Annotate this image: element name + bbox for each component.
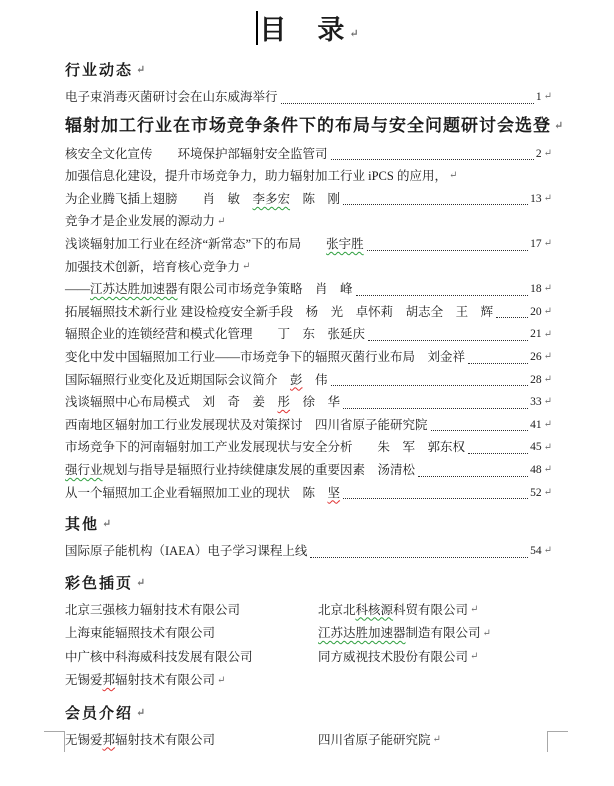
section: 行业动态↵电子束消毒灭菌研讨会在山东威海举行1↵	[65, 59, 552, 109]
paragraph-mark-icon: ↵	[217, 217, 225, 227]
toc-entry: 核安全文化宣传 环境保护部辐射安全监管司2↵	[65, 143, 552, 166]
section-heading-text: 其他	[65, 517, 99, 533]
paragraph-mark-icon: ↵	[433, 735, 441, 745]
toc-entry: 国际原子能机构（IAEA）电子学习课程上线54↵	[65, 540, 552, 563]
entry-text-run: 国际原子能机构（IAEA）电子学习课程上线	[65, 540, 307, 563]
entry-text-run: 辐射技术有限公司	[115, 669, 215, 693]
company-row: 无锡爱邦辐射技术有限公司↵	[65, 669, 552, 693]
paragraph-mark-icon: ↵	[349, 28, 360, 40]
page-number: 45	[530, 436, 542, 459]
entry-text-run: 辐射技术有限公司	[115, 729, 215, 753]
dot-leader	[310, 557, 528, 558]
page-number: 54	[530, 540, 542, 563]
paragraph-mark-icon: ↵	[544, 375, 552, 385]
entry-text-run: 北京北	[318, 599, 356, 623]
entry-text-run: 上海束能辐照技术有限公司	[65, 622, 215, 646]
toc-entry: 浅谈辐照中心布局模式 刘 奇 姜 彤 徐 华33↵	[65, 391, 552, 414]
section: 会员介绍↵无锡爱邦辐射技术有限公司四川省原子能研究院↵	[65, 702, 552, 753]
entry-text-run: 制造有限公司	[406, 622, 481, 646]
entry-text-run: 张宇胜	[326, 233, 364, 256]
toc-entry: 浅谈辐射加工行业在经济“新常态”下的布局 张宇胜17↵	[65, 233, 552, 256]
company-row: 上海束能辐照技术有限公司江苏达胜加速器制造有限公司↵	[65, 622, 552, 646]
entry-text-run: 从一个辐照加工企业看辐照加工业的现状 陈	[65, 482, 328, 505]
section-heading: 其他↵	[65, 513, 552, 537]
toc-entry: 辐照企业的连锁经营和模式化管理 丁 东 张延庆21↵	[65, 323, 552, 346]
entry-text-run: 李多宏	[253, 188, 291, 211]
entry-text-run: 无锡爱	[65, 729, 103, 753]
crop-mark-bottom-right	[547, 731, 568, 752]
paragraph-mark-icon: ↵	[136, 64, 147, 76]
dot-leader	[343, 204, 528, 205]
paragraph-mark-icon: ↵	[470, 605, 478, 615]
entry-text-run: 拓展辐照技术新行业 建设检疫安全新手段 杨 光 卓怀莉 胡志全 王 辉	[65, 301, 493, 324]
toc-entry: ——江苏达胜加速器有限公司市场竞争策略 肖 峰18↵	[65, 278, 552, 301]
section: 其他↵国际原子能机构（IAEA）电子学习课程上线54↵	[65, 513, 552, 563]
paragraph-mark-icon: ↵	[544, 488, 552, 498]
company-name: 无锡爱邦辐射技术有限公司↵	[65, 669, 318, 693]
entry-text-run: 规划与指导是辐照行业持续健康发展的重要因素 汤清松	[103, 459, 416, 482]
entry-text-run: 强行业	[65, 459, 103, 482]
section-heading: 辐射加工行业在市场竞争条件下的布局与安全问题研讨会选登↵	[65, 113, 552, 139]
company-row: 北京三强核力辐射技术有限公司北京北科核源科贸有限公司↵	[65, 599, 552, 623]
section-heading: 行业动态↵	[65, 59, 552, 83]
dot-leader	[331, 159, 534, 160]
toc-entry: 拓展辐照技术新行业 建设检疫安全新手段 杨 光 卓怀莉 胡志全 王 辉20↵	[65, 301, 552, 324]
entry-text-run: 无锡爱	[65, 669, 103, 693]
section: 彩色插页↵北京三强核力辐射技术有限公司北京北科核源科贸有限公司↵上海束能辐照技术…	[65, 572, 552, 693]
paragraph-mark-icon: ↵	[136, 707, 147, 719]
paragraph-mark-icon: ↵	[544, 239, 552, 249]
page-number: 20	[530, 301, 542, 324]
dot-leader	[343, 408, 528, 409]
dot-leader	[367, 250, 528, 251]
company-row: 中广核中科海威科技发展有限公司同方威视技术股份有限公司↵	[65, 646, 552, 670]
paragraph-mark-icon: ↵	[544, 465, 552, 475]
entry-text-run: 国际辐照行业变化及近期国际会议简介	[65, 369, 290, 392]
company-name: 无锡爱邦辐射技术有限公司	[65, 729, 318, 753]
entry-text-run: 竞争才是企业发展的源动力	[65, 210, 215, 233]
entry-text-run: 变化中发中国辐照加工行业——市场竞争下的辐照灭菌行业布局 刘金祥	[65, 346, 465, 369]
toc-entry: 国际辐照行业变化及近期国际会议简介 彭 伟28↵	[65, 369, 552, 392]
paragraph-mark-icon: ↵	[544, 284, 552, 294]
entry-text-run: 有限公司市场竞争策略 肖 峰	[178, 278, 353, 301]
section-heading-text: 会员介绍	[65, 706, 133, 722]
page-number: 21	[530, 323, 542, 346]
entry-text-run: 浅谈辐照中心布局模式 刘 奇 姜	[65, 391, 278, 414]
toc-entry: 从一个辐照加工企业看辐照加工业的现状 陈 坚52↵	[65, 482, 552, 505]
entry-text-run: 同方威视技术股份有限公司	[318, 646, 468, 670]
dot-leader	[368, 340, 528, 341]
toc-entry: 加强技术创新，培育核心竞争力↵	[65, 256, 552, 279]
dot-leader	[281, 103, 534, 104]
entry-text-run: 陈 刚	[290, 188, 340, 211]
toc-entry: 西南地区辐射加工行业发展现状及对策探讨 四川省原子能研究院41↵	[65, 414, 552, 437]
paragraph-mark-icon: ↵	[544, 194, 552, 204]
toc-entry: 强行业规划与指导是辐照行业持续健康发展的重要因素 汤清松48↵	[65, 459, 552, 482]
doc-content: 目 录↵ 行业动态↵电子束消毒灭菌研讨会在山东威海举行1↵辐射加工行业在市场竞争…	[0, 0, 614, 752]
company-name: 上海束能辐照技术有限公司	[65, 622, 318, 646]
company-name: 同方威视技术股份有限公司↵	[318, 646, 552, 670]
paragraph-mark-icon: ↵	[136, 577, 147, 589]
entry-text-run: 四川省原子能研究院	[318, 729, 431, 753]
toc-entry: 变化中发中国辐照加工行业——市场竞争下的辐照灭菌行业布局 刘金祥26↵	[65, 346, 552, 369]
dot-leader	[468, 363, 528, 364]
doc-body: 行业动态↵电子束消毒灭菌研讨会在山东威海举行1↵辐射加工行业在市场竞争条件下的布…	[65, 59, 552, 752]
paragraph-mark-icon: ↵	[544, 92, 552, 102]
page-number: 2	[536, 143, 542, 166]
page-number: 48	[530, 459, 542, 482]
toc-entry: 加强信息化建设，提升市场竞争力，助力辐射加工行业 iPCS 的应用，↵	[65, 165, 552, 188]
company-row: 无锡爱邦辐射技术有限公司四川省原子能研究院↵	[65, 729, 552, 753]
paragraph-mark-icon: ↵	[554, 120, 564, 132]
dot-leader	[356, 295, 529, 296]
entry-text-run: 坚	[328, 482, 341, 505]
section-heading: 彩色插页↵	[65, 572, 552, 596]
page-number: 41	[530, 414, 542, 437]
company-name: 中广核中科海威科技发展有限公司	[65, 646, 318, 670]
entry-text-run: 浅谈辐射加工行业在经济“新常态”下的布局	[65, 233, 326, 256]
entry-text-run: 邦	[103, 729, 116, 753]
company-name: 北京北科核源科贸有限公司↵	[318, 599, 552, 623]
paragraph-mark-icon: ↵	[449, 171, 457, 181]
paragraph-mark-icon: ↵	[544, 443, 552, 453]
paragraph-mark-icon: ↵	[483, 629, 491, 639]
entry-text-run: 中广核中科海威科技发展有限公司	[65, 646, 253, 670]
dot-leader	[418, 476, 528, 477]
page-number: 18	[530, 278, 542, 301]
page-number: 52	[530, 482, 542, 505]
entry-text-run: 加强信息化建设，提升市场竞争力，助力辐射加工行业 iPCS 的应用，	[65, 165, 447, 188]
paragraph-mark-icon: ↵	[544, 397, 552, 407]
dot-leader	[343, 498, 528, 499]
paragraph-mark-icon: ↵	[470, 652, 478, 662]
company-name: 北京三强核力辐射技术有限公司	[65, 599, 318, 623]
entry-text-run: 电子束消毒灭菌研讨会在山东威海举行	[65, 86, 278, 109]
section-heading-text: 彩色插页	[65, 576, 133, 592]
section-heading-text: 辐射加工行业在市场竞争条件下的布局与安全问题研讨会选登	[65, 116, 551, 135]
paragraph-mark-icon: ↵	[544, 307, 552, 317]
entry-text-run: 辐照企业的连锁经营和模式化管理 丁 东 张延庆	[65, 323, 365, 346]
page-number: 1	[536, 86, 542, 109]
company-name: 四川省原子能研究院↵	[318, 729, 552, 753]
toc-entry: 电子束消毒灭菌研讨会在山东威海举行1↵	[65, 86, 552, 109]
paragraph-mark-icon: ↵	[217, 676, 225, 686]
paragraph-mark-icon: ↵	[544, 420, 552, 430]
entry-text-run: 西南地区辐射加工行业发展现状及对策探讨 四川省原子能研究院	[65, 414, 428, 437]
doc-title-text: 目 录	[259, 15, 346, 45]
entry-text-run: 江苏达胜加速器	[318, 622, 406, 646]
paragraph-mark-icon: ↵	[544, 149, 552, 159]
page-number: 28	[530, 369, 542, 392]
paragraph-mark-icon: ↵	[544, 330, 552, 340]
entry-text-run: 加强技术创新，培育核心竞争力	[65, 256, 240, 279]
dot-leader	[331, 385, 529, 386]
paragraph-mark-icon: ↵	[102, 518, 113, 530]
dot-leader	[496, 317, 528, 318]
entry-text-run: 江苏达胜加速器	[90, 278, 178, 301]
paragraph-mark-icon: ↵	[544, 546, 552, 556]
entry-text-run: 为企业腾飞插上翅膀 肖 敏	[65, 188, 253, 211]
entry-text-run: 彤	[278, 391, 291, 414]
dot-leader	[468, 453, 528, 454]
entry-text-run: 市场竞争下的河南辐射加工产业发展现状与安全分析 朱 军 郭东权	[65, 436, 465, 459]
section-heading: 会员介绍↵	[65, 702, 552, 726]
section: 辐射加工行业在市场竞争条件下的布局与安全问题研讨会选登↵核安全文化宣传 环境保护…	[65, 113, 552, 505]
entry-text-run: 北京三强核力辐射技术有限公司	[65, 599, 240, 623]
toc-entry: 市场竞争下的河南辐射加工产业发展现状与安全分析 朱 军 郭东权45↵	[65, 436, 552, 459]
page-number: 13	[530, 188, 542, 211]
entry-text-run: 徐 华	[290, 391, 340, 414]
page-number: 33	[530, 391, 542, 414]
entry-text-run: 邦	[103, 669, 116, 693]
entry-text-run: 伟	[303, 369, 328, 392]
doc-title: 目 录↵	[65, 10, 552, 50]
toc-entry: 竞争才是企业发展的源动力↵	[65, 210, 552, 233]
page-number: 26	[530, 346, 542, 369]
entry-text-run: ——	[65, 278, 90, 301]
entry-text-run: 科贸有限公司	[393, 599, 468, 623]
entry-text-run: 科核源	[356, 599, 394, 623]
crop-mark-bottom-left	[44, 731, 65, 752]
section-heading-text: 行业动态	[65, 63, 133, 79]
entry-text-run: 核安全文化宣传 环境保护部辐射安全监管司	[65, 143, 328, 166]
paragraph-mark-icon: ↵	[544, 352, 552, 362]
doc-page: 目 录↵ 行业动态↵电子束消毒灭菌研讨会在山东威海举行1↵辐射加工行业在市场竞争…	[0, 0, 614, 786]
toc-entry: 为企业腾飞插上翅膀 肖 敏 李多宏 陈 刚13↵	[65, 188, 552, 211]
page-number: 17	[530, 233, 542, 256]
entry-text-run: 彭	[290, 369, 303, 392]
paragraph-mark-icon: ↵	[242, 262, 250, 272]
dot-leader	[431, 430, 529, 431]
company-name: 江苏达胜加速器制造有限公司↵	[318, 622, 552, 646]
